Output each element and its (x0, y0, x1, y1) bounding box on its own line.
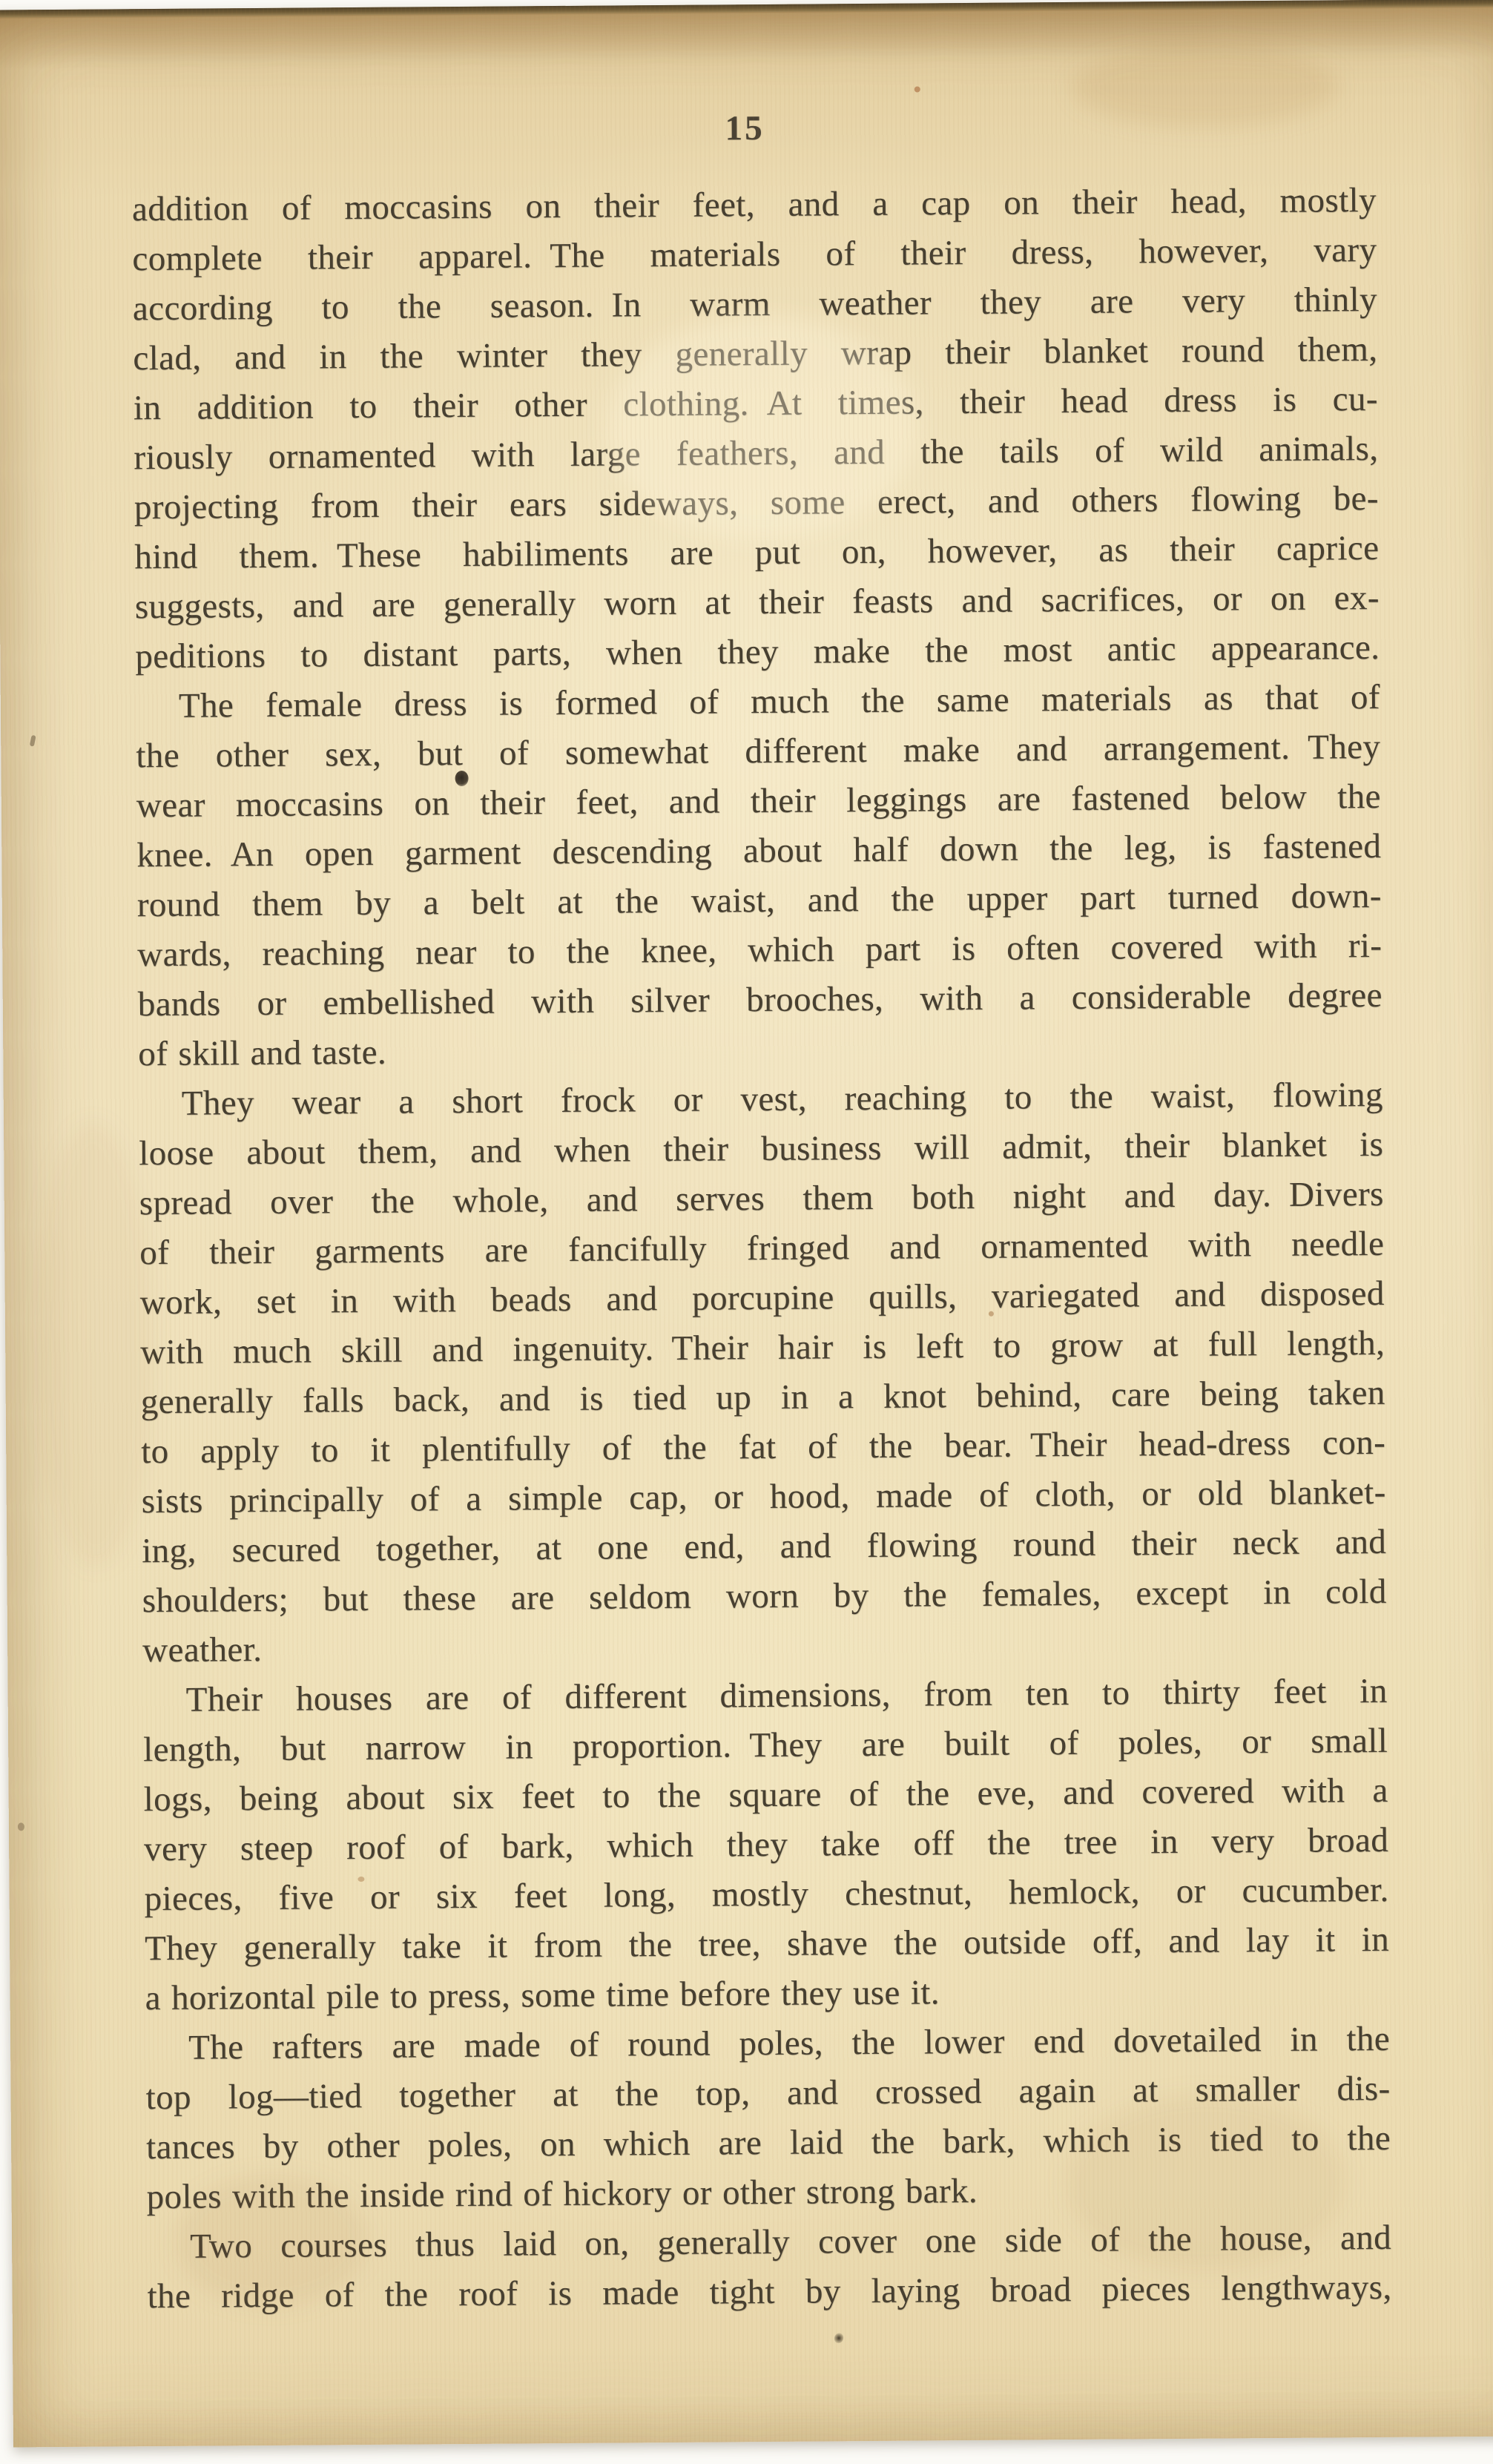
text-line: pieces, five or six feet long, mostly ch… (144, 1865, 1388, 1924)
text-line: length, but narrow in proportion. They a… (143, 1716, 1388, 1775)
text-line: tances by other poles, on which are laid… (146, 2114, 1391, 2173)
text-line: complete their apparel. The materials of… (132, 225, 1377, 284)
margin-mark (18, 1822, 24, 1831)
text-block: addition of moccasins on their feet, and… (132, 176, 1392, 2322)
text-line: riously ornamented with large feathers, … (134, 424, 1378, 483)
text-line: wear moccasins on their feet, and their … (136, 772, 1381, 831)
text-line: The rafters are made of round poles, the… (145, 2015, 1390, 2073)
text-line: loose about them, and when their busines… (139, 1120, 1383, 1179)
text-line: Two courses thus laid on, generally cove… (147, 2213, 1391, 2272)
scanned-book-page: 15 addition of moccasins on their feet, … (0, 0, 1493, 2464)
text-line: peditions to distant parts, when they ma… (135, 623, 1380, 682)
text-line: a horizontal pile to press, some time be… (145, 1965, 1389, 2023)
paper-sheet: 15 addition of moccasins on their feet, … (0, 0, 1493, 2447)
text-line: knee. An open garment descending about h… (136, 822, 1381, 880)
margin-mark (30, 735, 36, 747)
text-line: top log—tied together at the top, and cr… (145, 2064, 1390, 2123)
text-line: to apply to it plentifully of the fat of… (141, 1418, 1385, 1477)
paper-stain (33, 1121, 155, 1567)
text-line: bands or embellished with silver brooche… (138, 971, 1382, 1030)
text-line: of their garments are fancifully fringed… (139, 1219, 1384, 1278)
text-line: addition of moccasins on their feet, and… (132, 176, 1377, 234)
text-line: The female dress is formed of much the s… (136, 673, 1380, 731)
text-line: weather. (142, 1617, 1387, 1676)
text-line: ing, secured together, at one end, and f… (142, 1518, 1386, 1576)
text-line: work, set in with beads and porcupine qu… (140, 1269, 1385, 1328)
text-line: with much skill and ingenuity. Their hai… (140, 1319, 1385, 1377)
text-line: shoulders; but these are seldom worn by … (142, 1567, 1386, 1626)
text-line: round them by a belt at the waist, and t… (137, 872, 1382, 930)
text-line: logs, being about six feet to the square… (143, 1766, 1388, 1825)
text-line: poles with the inside rind of hickory or… (146, 2164, 1391, 2222)
paper-freckle (914, 86, 920, 92)
text-line: sists principally of a simple cap, or ho… (141, 1468, 1385, 1526)
text-line: suggests, and are generally worn at thei… (135, 573, 1380, 632)
text-line: of skill and taste. (138, 1021, 1382, 1079)
text-line: projecting from their ears sideways, som… (134, 474, 1379, 533)
text-line: the ridge of the roof is made tight by l… (147, 2263, 1391, 2322)
text-line: wards, reaching near to the knee, which … (137, 921, 1382, 980)
text-line: very steep roof of bark, which they take… (144, 1816, 1388, 1874)
text-line: hind them. These habiliments are put on,… (134, 524, 1379, 582)
text-line: They generally take it from the tree, sh… (145, 1915, 1389, 1974)
text-line: in addition to their other clothing. At … (134, 375, 1378, 433)
aged-top-band (0, 7, 1493, 70)
text-line: the other sex, but of somewhat different… (136, 722, 1380, 781)
text-line: generally falls back, and is tied up in … (141, 1368, 1385, 1427)
text-line: spread over the whole, and serves them b… (139, 1170, 1384, 1228)
text-line: They wear a short frock or vest, reachin… (139, 1070, 1383, 1129)
text-line: clad, and in the winter they generally w… (133, 325, 1377, 383)
page-number: 15 (122, 104, 1367, 153)
ink-speck (833, 2332, 845, 2345)
text-line: according to the season. In warm weather… (133, 275, 1377, 334)
text-line: Their houses are of different dimensions… (142, 1667, 1387, 1725)
